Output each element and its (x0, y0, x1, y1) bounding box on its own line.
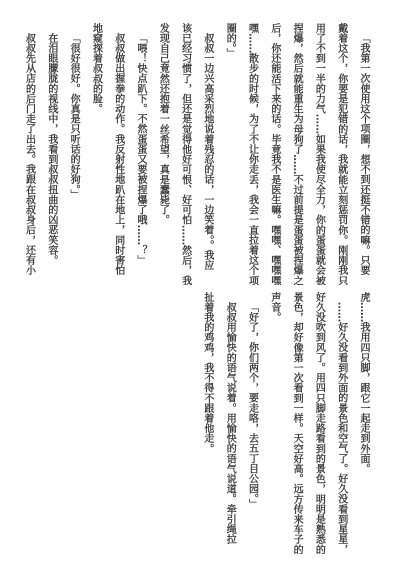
text-column: 在泪眼朦胧的视线中，我看到叔叔扭曲的凶恶笑容。 (40, 23, 62, 285)
text-column: 后，你还能活下来的话。毕竟我不是医生嘛。嘿嘿、嘿嘿嘿 (263, 23, 285, 285)
text-column: 发现自己竟然还抱着一丝希望，真是蠢毙了。 (151, 23, 173, 285)
text-column: 「很好很好。你真是只听话的好狗。」 (62, 23, 84, 285)
text-column: 圈的。」 (218, 23, 240, 285)
text-column: 好久没吹到风了。用四只脚走路看到的景色，明明是熟悉的 (307, 292, 329, 554)
text-band-bottom: 虎……我用四只脚，跟它一起走到外面。……好久没看到外面的景色和空气了。好久没看到… (16, 292, 374, 554)
text-column: 景色，却好像第一次看到一样。天空好高。远方传来车子的 (285, 292, 307, 554)
text-column: 虎……我用四只脚，跟它一起走到外面。 (352, 292, 374, 554)
text-column: 捏爆，然后就能重生为母狗了……不过前提是蛋蛋被捏爆之 (285, 23, 307, 285)
text-band-top: 「我第一次使用这个项圈，想不到还挺不错的嘛。只要戴着这个，你要是犯错的话，我就能… (16, 23, 374, 285)
text-column: ……好久没看到外面的景色和空气了。好久没看到星星， (329, 292, 351, 554)
text-column: 地窥探着叔叔的脸。 (84, 23, 106, 285)
text-column: 「好了，你们两个，要走咯，去五丁目公园。」 (240, 292, 262, 554)
text-area: 「我第一次使用这个项圈，想不到还挺不错的嘛。只要戴着这个，你要是犯错的话，我就能… (16, 23, 374, 554)
text-column: 「我第一次使用这个项圈，想不到还挺不错的嘛。只要 (352, 23, 374, 285)
text-column: 戴着这个，你要是犯错的话，我就能立刻惩罚你。刚刚我只 (329, 23, 351, 285)
text-column: 扯着我的鸡鸡，我不得不跟着他走。 (196, 292, 218, 554)
text-column: 「喂！快点趴下。不然蛋蛋又要被捏爆了哦……？」 (129, 23, 151, 285)
text-column: 用了不到一半的力气……如果我使尽全力，你的蛋蛋就会被 (307, 23, 329, 285)
novel-page: 「我第一次使用这个项圈，想不到还挺不错的嘛。只要戴着这个，你要是犯错的话，我就能… (0, 0, 400, 566)
text-column: 叔叔做出握拳的动作。我反射性地趴在地上，同时害怕 (106, 23, 128, 285)
text-column: 叔叔先从店的后门走了出去。我跟在叔叔身后，还有小 (17, 23, 39, 285)
text-column: 嘿……散步的时候，为了不让你走丢，我会一直拉着这个项 (240, 23, 262, 285)
text-column: 叔叔用愉快的语气说着。用愉快的语气说道。牵引绳拉 (218, 292, 240, 554)
text-column: 叔叔一边兴高采烈地说着残忍的话，一边笑着。。我应 (196, 23, 218, 285)
text-column: 声音。 (263, 292, 285, 554)
text-column: 该已经习惯了，但还是觉得他好可恨、好可怕……然后，我 (173, 23, 195, 285)
